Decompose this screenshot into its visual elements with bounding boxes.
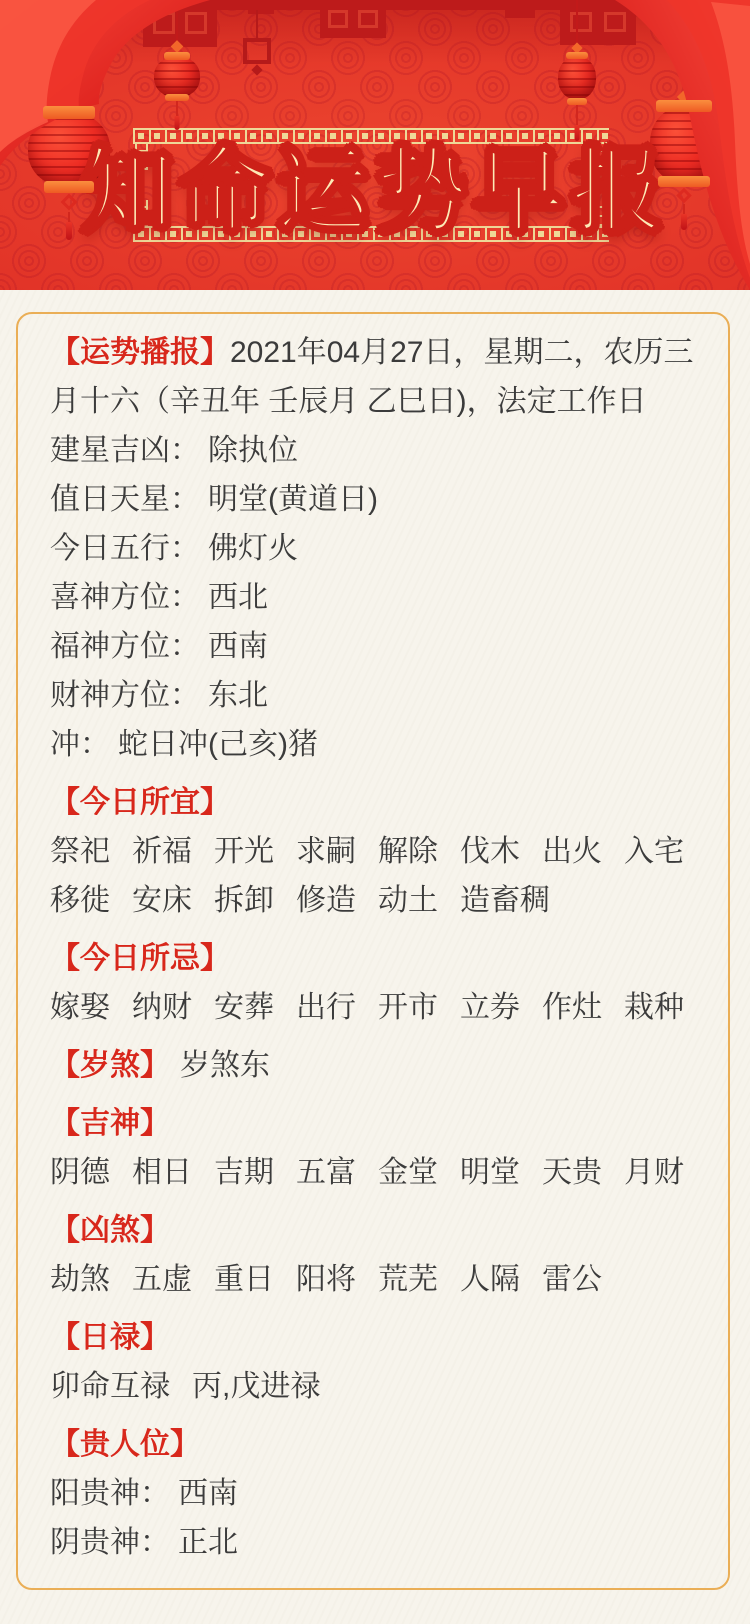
section-inauspicious-spirits: 【凶煞】 劫煞五虚重日阳将荒芜人隔雷公 [50, 1206, 696, 1304]
list-item: 人隔 [460, 1255, 520, 1304]
list-item: 荒芜 [378, 1255, 438, 1304]
info-key: 福神方位： [50, 630, 200, 663]
info-key: 值日天星： [50, 483, 200, 516]
list-item: 入宅 [624, 827, 684, 876]
list-item: 雷公 [542, 1255, 602, 1304]
list-item: 作灶 [542, 983, 602, 1032]
info-row: 喜神方位：西北 [50, 573, 696, 622]
list-item: 月财 [624, 1148, 684, 1197]
list-item: 栽种 [624, 983, 684, 1032]
list-item: 金堂 [378, 1148, 438, 1197]
section-noble-positions: 【贵人位】 阳贵神：西南 阴贵神：正北 [50, 1420, 696, 1567]
list-item: 祭祀 [50, 827, 110, 876]
lantern-small-right [558, 48, 596, 100]
list-item: 阳将 [296, 1255, 356, 1304]
list-item: 解除 [378, 827, 438, 876]
list-item: 卯命互禄 [50, 1362, 170, 1411]
jishen-items: 阴德相日吉期五富金堂明堂天贵月财 [50, 1148, 696, 1197]
info-row: 财神方位：东北 [50, 671, 696, 720]
info-key: 今日五行： [50, 532, 200, 565]
list-item: 出火 [542, 827, 602, 876]
info-key: 阳贵神： [50, 1477, 170, 1510]
header-banner: 知命运势早报 [0, 0, 750, 290]
list-item: 开市 [378, 983, 438, 1032]
list-item: 五虚 [132, 1255, 192, 1304]
list-item: 相日 [132, 1148, 192, 1197]
info-value: 东北 [208, 679, 268, 712]
info-value: 西北 [208, 581, 268, 614]
list-item: 求嗣 [296, 827, 356, 876]
broadcast-info-rows: 建星吉凶：除执位 值日天星：明堂(黄道日) 今日五行：佛灯火 喜神方位：西北 [50, 426, 696, 769]
section-daily-salary: 【日禄】 卯命互禄丙,戊进禄 [50, 1313, 696, 1411]
info-value: 西南 [208, 630, 268, 663]
info-key: 阴贵神： [50, 1526, 170, 1559]
info-row: 福神方位：西南 [50, 622, 696, 671]
rilu-items: 卯命互禄丙,戊进禄 [50, 1362, 696, 1411]
list-item: 修造 [296, 876, 356, 925]
info-value: 明堂(黄道日) [208, 483, 378, 516]
avoid-items: 嫁娶纳财安葬出行开市立券作灶栽种 [50, 983, 696, 1032]
suisha-value: 岁煞东 [180, 1049, 270, 1082]
info-row: 值日天星：明堂(黄道日) [50, 475, 696, 524]
section-label-suisha: 【岁煞】 [50, 1049, 170, 1082]
section-label-jishen: 【吉神】 [50, 1099, 696, 1148]
info-value: 佛灯火 [208, 532, 298, 565]
section-label-suitable: 【今日所宜】 [50, 778, 696, 827]
list-item: 重日 [214, 1255, 274, 1304]
list-item: 动土 [378, 876, 438, 925]
almanac-card: 【运势播报】2021年04月27日，星期二，农历三月十六（辛丑年 壬辰月 乙巳日… [16, 312, 730, 1590]
section-avoid-today: 【今日所忌】 嫁娶纳财安葬出行开市立券作灶栽种 [50, 934, 696, 1032]
fortune-poster: 知命运势早报 【运势播报】2021年04月27日，星期二，农历三月十六（辛丑年 … [0, 0, 750, 1624]
info-row: 阴贵神：正北 [50, 1518, 696, 1567]
list-item: 丙,戊进禄 [192, 1362, 320, 1411]
info-key: 喜神方位： [50, 581, 200, 614]
info-row: 今日五行：佛灯火 [50, 524, 696, 573]
list-item: 纳财 [132, 983, 192, 1032]
info-value: 蛇日冲(己亥)猪 [118, 728, 318, 761]
list-item: 出行 [296, 983, 356, 1032]
section-auspicious-gods: 【吉神】 阴德相日吉期五富金堂明堂天贵月财 [50, 1099, 696, 1197]
section-label-xiongsha: 【凶煞】 [50, 1206, 696, 1255]
info-value: 正北 [178, 1526, 238, 1559]
broadcast-paragraph: 【运势播报】2021年04月27日，星期二，农历三月十六（辛丑年 壬辰月 乙巳日… [50, 328, 696, 426]
list-item: 移徙 [50, 876, 110, 925]
list-item: 五富 [296, 1148, 356, 1197]
list-item: 拆卸 [214, 876, 274, 925]
list-item: 阴德 [50, 1148, 110, 1197]
list-item: 劫煞 [50, 1255, 110, 1304]
page-title: 知命运势早报 [0, 124, 750, 244]
list-item: 明堂 [460, 1148, 520, 1197]
section-label-rilu: 【日禄】 [50, 1313, 696, 1362]
list-item: 开光 [214, 827, 274, 876]
list-item: 造畜稠 [460, 876, 550, 925]
list-item: 安葬 [214, 983, 274, 1032]
list-item: 吉期 [214, 1148, 274, 1197]
section-label-guiren: 【贵人位】 [50, 1420, 696, 1469]
info-key: 财神方位： [50, 679, 200, 712]
info-value: 西南 [178, 1477, 238, 1510]
list-item: 天贵 [542, 1148, 602, 1197]
info-key: 建星吉凶： [50, 434, 200, 467]
xiongsha-items: 劫煞五虚重日阳将荒芜人隔雷公 [50, 1255, 696, 1304]
list-item: 祈福 [132, 827, 192, 876]
section-suisha: 【岁煞】岁煞东 [50, 1041, 696, 1090]
guiren-rows: 阳贵神：西南 阴贵神：正北 [50, 1469, 696, 1567]
list-item: 安床 [132, 876, 192, 925]
suisha-line: 【岁煞】岁煞东 [50, 1041, 696, 1090]
section-label-avoid: 【今日所忌】 [50, 934, 696, 983]
list-item: 立券 [460, 983, 520, 1032]
info-key: 冲： [50, 728, 110, 761]
suitable-items: 祭祀祈福开光求嗣解除伐木出火入宅移徙安床拆卸修造动土造畜稠 [50, 827, 696, 925]
section-suitable-today: 【今日所宜】 祭祀祈福开光求嗣解除伐木出火入宅移徙安床拆卸修造动土造畜稠 [50, 778, 696, 925]
info-row: 冲：蛇日冲(己亥)猪 [50, 720, 696, 769]
section-fortune-broadcast: 【运势播报】2021年04月27日，星期二，农历三月十六（辛丑年 壬辰月 乙巳日… [50, 328, 696, 769]
info-value: 除执位 [208, 434, 298, 467]
info-row: 阳贵神：西南 [50, 1469, 696, 1518]
section-label-broadcast: 【运势播报】 [50, 336, 230, 369]
list-item: 伐木 [460, 827, 520, 876]
list-item: 嫁娶 [50, 983, 110, 1032]
info-row: 建星吉凶：除执位 [50, 426, 696, 475]
